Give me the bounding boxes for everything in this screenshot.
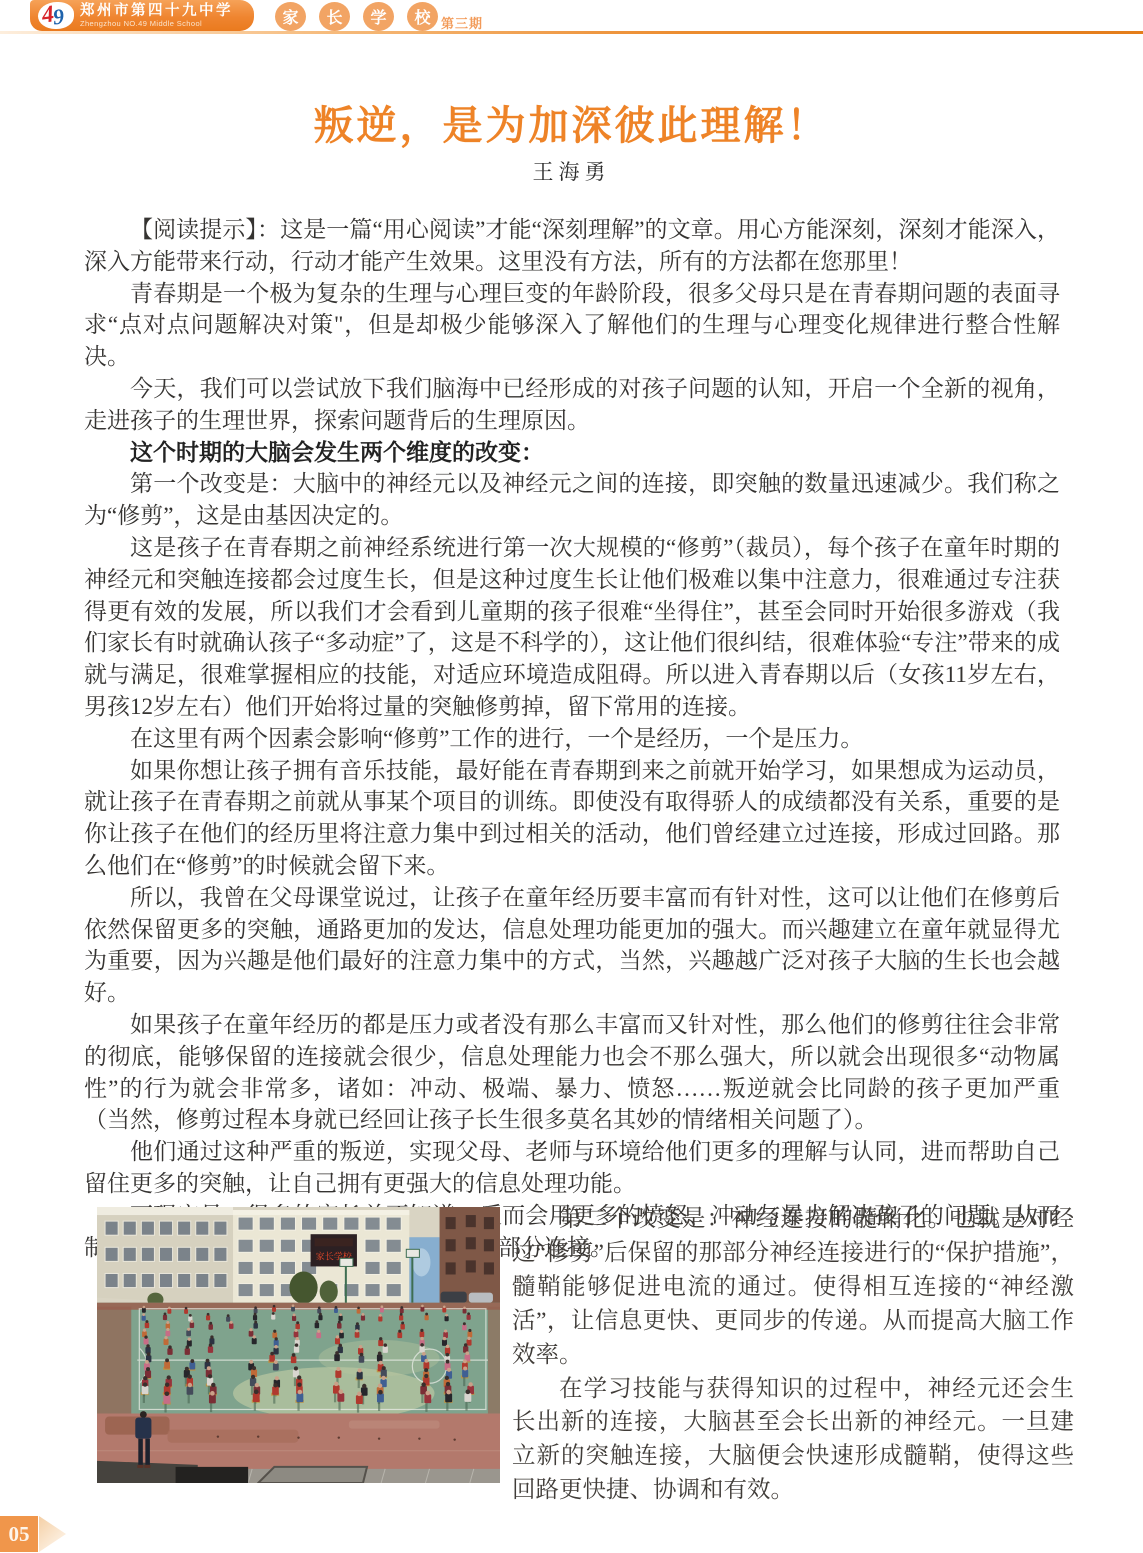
article-body: 【阅读提示】：这是一篇“用心阅读”才能“深刻理解”的文章。用心方能深刻，深刻才能… xyxy=(84,214,1060,1263)
page-number: 05 xyxy=(0,1516,38,1552)
article-title: 叛逆，是为加深彼此理解！ xyxy=(0,94,1143,151)
article-paragraph: 所以，我曾在父母课堂说过，让孩子在童年经历要丰富而有针对性，这可以让他们在修剪后… xyxy=(84,882,1060,1009)
school-name-en: Zhengzhou NO.49 Middle School xyxy=(80,19,233,28)
school-assembly-photo-svg: 家长学校 xyxy=(97,1207,500,1483)
article-paragraph: 这是孩子在青春期之前神经系统进行第一次大规模的“修剪”（裁员），每个孩子在童年时… xyxy=(84,532,1060,723)
school-assembly-photo: 家长学校 xyxy=(97,1207,500,1483)
article-paragraph-bold: 这个时期的大脑会发生两个维度的改变： xyxy=(84,437,1060,469)
school-logo-49-icon: 4 9 xyxy=(38,2,74,29)
article-paragraph: 如果你想让孩子拥有音乐技能，最好能在青春期到来之前就开始学习，如果想成为运动员，… xyxy=(84,755,1060,882)
article-paragraph: 第一个改变是：大脑中的神经元以及神经元之间的连接，即突触的数量迅速减少。我们称之… xyxy=(84,468,1060,532)
article-paragraph: 如果孩子在童年经历的都是压力或者没有那么丰富而又针对性，那么他们的修剪往往会非常… xyxy=(84,1009,1060,1136)
badge-xue: 学 xyxy=(363,2,394,31)
article-column: 第二个改变是：神经连接的髓鞘化。也就是对经过“修剪”后保留的那部分神经连接进行的… xyxy=(512,1203,1074,1508)
article-paragraph: 在学习技能与获得知识的过程中，神经元还会生长出新的连接，大脑甚至会长出新的神经元… xyxy=(512,1373,1074,1509)
article-paragraph: 今天，我们可以尝试放下我们脑海中已经形成的对孩子问题的认知，开启一个全新的视角，… xyxy=(84,373,1060,437)
header-rule-line xyxy=(0,31,1143,34)
article-author: 王海勇 xyxy=(0,156,1143,186)
school-name-cn: 郑州市第四十九中学 xyxy=(80,4,233,19)
article-paragraph: 他们通过这种严重的叛逆，实现父母、老师与环境给他们更多的理解与认同，进而帮助自己… xyxy=(84,1136,1060,1200)
article-paragraph: 在这里有两个因素会影响“修剪”工作的进行，一个是经历，一个是压力。 xyxy=(84,723,1060,755)
badge-xiao: 校 xyxy=(407,2,438,31)
badge-zhang: 长 xyxy=(319,2,350,31)
magazine-page: 4 9 郑州市第四十九中学 Zhengzhou NO.49 Middle Sch… xyxy=(0,0,1143,1553)
page-number-arrow-icon xyxy=(39,1516,66,1552)
article-paragraph: 青春期是一个极为复杂的生理与心理巨变的年龄阶段，很多父母只是在青春期问题的表面寻… xyxy=(84,278,1060,373)
school-header-banner: 4 9 郑州市第四十九中学 Zhengzhou NO.49 Middle Sch… xyxy=(30,0,254,31)
issue-label: 第三期 xyxy=(441,13,483,32)
badge-jia: 家 xyxy=(275,2,306,31)
article-paragraph: 第二个改变是：神经连接的髓鞘化。也就是对经过“修剪”后保留的那部分神经连接进行的… xyxy=(512,1203,1074,1373)
article-paragraph: 【阅读提示】：这是一篇“用心阅读”才能“深刻理解”的文章。用心方能深刻，深刻才能… xyxy=(84,214,1060,278)
